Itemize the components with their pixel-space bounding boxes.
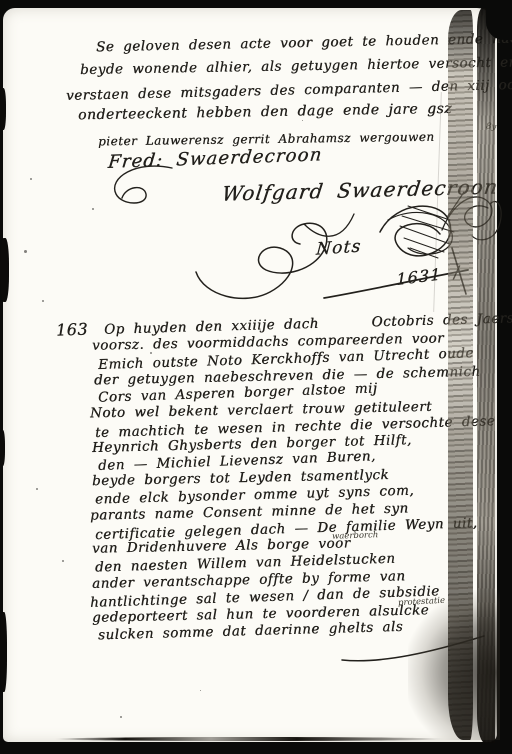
bottom-paper-edge [55, 737, 445, 741]
scan-background-corner [486, 0, 512, 40]
paper-speck [62, 560, 64, 562]
binding-shadow [0, 430, 5, 466]
manuscript-scan: Se geloven desen acte voor goet te houde… [0, 0, 512, 754]
act-margin-number: 163 [56, 319, 89, 339]
notary-abbreviation: Nots [315, 236, 362, 259]
paper-speck [302, 120, 303, 121]
binding-shadow [0, 88, 6, 130]
paper-speck [36, 488, 38, 490]
paper-speck [120, 716, 122, 718]
interlinear-note: waerborch [332, 530, 379, 542]
paper-speck [92, 208, 94, 210]
binding-shadow [0, 612, 7, 692]
paper-speck [42, 300, 44, 302]
paper-speck [200, 690, 201, 691]
paper-speck [24, 250, 27, 253]
paper-speck [30, 178, 32, 180]
corner-stain [408, 590, 500, 740]
binding-shadow [0, 238, 9, 302]
signature-flourish-icon [100, 162, 190, 220]
